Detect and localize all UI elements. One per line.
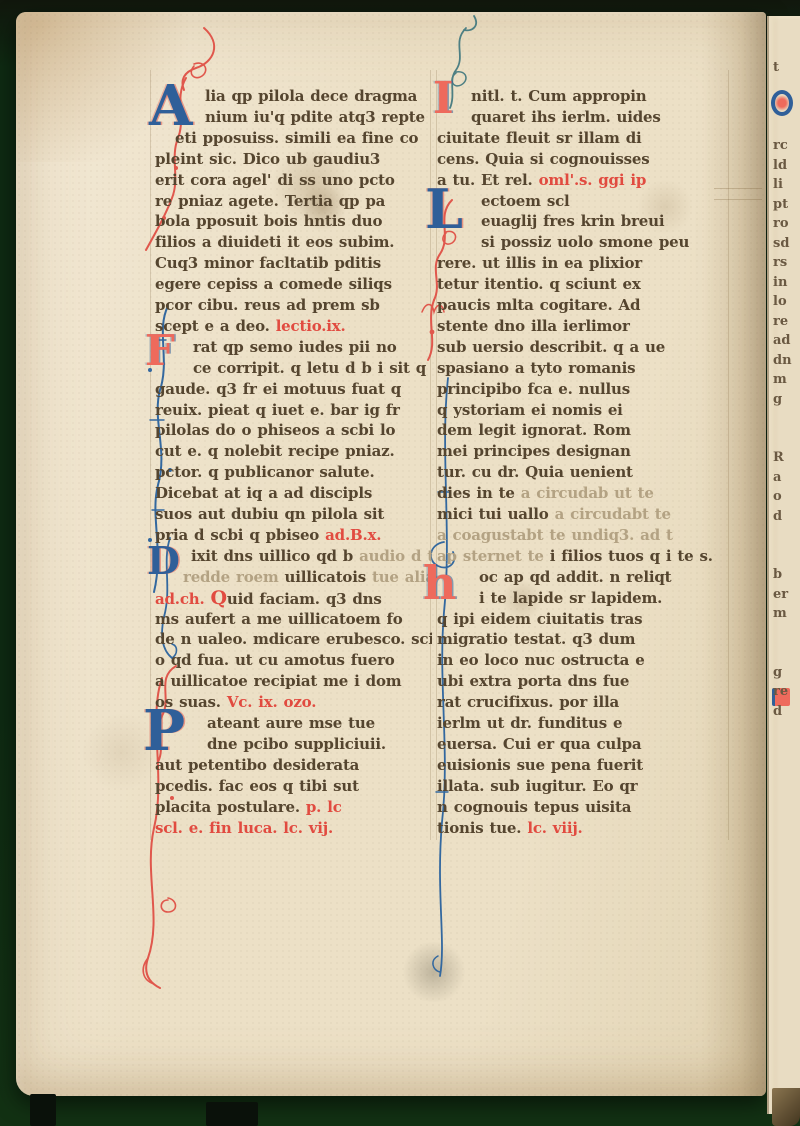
next-folio-text-fragment: ad bbox=[773, 333, 800, 353]
next-folio-text-fragment: g bbox=[773, 665, 800, 685]
text-segment: a circudab ut te bbox=[521, 484, 654, 502]
text-line: rere. ut illis in ea plixior bbox=[437, 253, 728, 274]
text-line: gaude. q3 fr ei motuus fuat q bbox=[155, 379, 432, 400]
page-corner-curl bbox=[772, 1088, 800, 1126]
text-segment: ubi extra porta dns fue bbox=[437, 672, 629, 690]
text-line: pcor cibu. reus ad prem sb bbox=[155, 295, 432, 316]
text-line: rat qp semo iudes pii no bbox=[155, 337, 432, 358]
drop-cap-h: h bbox=[423, 563, 456, 603]
text-segment: Dicebat at iq a ad discipls bbox=[155, 484, 372, 502]
text-segment: bola pposuit bois hntis duo bbox=[155, 212, 382, 230]
text-segment: oc ap qd addit. n reliqt bbox=[479, 568, 671, 586]
text-segment: mici tui uallo bbox=[437, 505, 555, 523]
text-segment: oml'.s. ggi ip bbox=[539, 171, 647, 189]
text-segment: ad.ch. bbox=[155, 590, 211, 608]
text-line: ubi extra porta dns fue bbox=[437, 671, 728, 692]
text-line: re pniaz agete. Tertia qp pa bbox=[155, 191, 432, 212]
next-folio-text-fragment bbox=[773, 99, 800, 119]
text-segment: o qd fua. ut cu amotus fuero bbox=[155, 651, 395, 669]
text-segment: Cuq3 minor facltatib pditis bbox=[155, 254, 381, 272]
text-segment: in eo loco nuc ostructa e bbox=[437, 651, 645, 669]
next-folio-text-fragment bbox=[773, 645, 800, 665]
text-segment: ectoem scl bbox=[481, 192, 570, 210]
next-folio-text-fragment: sd bbox=[773, 236, 800, 256]
text-line: scept e a deo. lectio.ix. bbox=[155, 316, 432, 337]
text-segment: mei principes designan bbox=[437, 442, 631, 460]
text-segment: Vc. ix. ozo. bbox=[227, 693, 316, 711]
text-segment: suos aut dubiu qn pilola sit bbox=[155, 505, 384, 523]
next-folio-text-fragment: R bbox=[773, 450, 800, 470]
text-segment: sub uersio describit. q a ue bbox=[437, 338, 665, 356]
next-folio-text-fragment bbox=[773, 626, 800, 646]
text-segment: q ipi eidem ciuitatis tras bbox=[437, 610, 642, 628]
next-folio-text-fragment bbox=[773, 119, 800, 139]
next-folio-text-fragment: o bbox=[773, 489, 800, 509]
text-segment: n cognouis tepus uisita bbox=[437, 798, 631, 816]
text-line: q ipi eidem ciuitatis tras bbox=[437, 609, 728, 630]
next-folio-text-fragment bbox=[773, 743, 800, 763]
text-segment: ce corripit. q letu d b i sit q bbox=[193, 359, 426, 377]
text-segment: pcor cibu. reus ad prem sb bbox=[155, 296, 380, 314]
text-segment: euisionis sue pena fuerit bbox=[437, 756, 643, 774]
text-segment: gaude. q3 fr ei motuus fuat q bbox=[155, 380, 401, 398]
text-segment: scl. e. fin luca. lc. vij. bbox=[155, 819, 333, 837]
text-segment: filios a diuideti it eos subim. bbox=[155, 233, 394, 251]
text-line: stente dno illa ierlimor bbox=[437, 316, 728, 337]
next-folio-text-fragment: ro bbox=[773, 216, 800, 236]
text-segment: nitl. t. Cum appropin bbox=[471, 87, 646, 105]
text-line: a tu. Et rel. oml'.s. ggi ip bbox=[437, 170, 728, 191]
text-line: quaret ihs ierlm. uides bbox=[437, 107, 728, 128]
text-line: dies in te a circudab ut te bbox=[437, 483, 728, 504]
text-line: tionis tue. lc. viij. bbox=[437, 818, 728, 839]
binding-tab bbox=[30, 1094, 56, 1126]
text-segment: tionis tue. bbox=[437, 819, 527, 837]
text-segment: cut e. q nolebit recipe pniaz. bbox=[155, 442, 394, 460]
text-line: os suas. Vc. ix. ozo. bbox=[155, 692, 432, 713]
binding-tab bbox=[206, 1102, 258, 1126]
text-segment: stente dno illa ierlimor bbox=[437, 317, 630, 335]
text-segment: ms aufert a me uillicatoem fo bbox=[155, 610, 403, 628]
text-line: cut e. q nolebit recipe pniaz. bbox=[155, 441, 432, 462]
next-folio-text-fragment: g bbox=[773, 392, 800, 412]
next-folio-text-fragment: rc bbox=[773, 138, 800, 158]
text-line: dne pcibo suppliciuii. bbox=[155, 734, 432, 755]
text-segment: p. lc bbox=[306, 798, 342, 816]
text-segment: tetur itentio. q sciunt ex bbox=[437, 275, 641, 293]
text-line: ad.ch. Quid faciam. q3 dns bbox=[155, 588, 432, 609]
next-folio-text-fragment: er bbox=[773, 587, 800, 607]
text-line: filios a diuideti it eos subim. bbox=[155, 232, 432, 253]
text-segment: rere. ut illis in ea plixior bbox=[437, 254, 642, 272]
text-segment: cens. Quia si cognouisses bbox=[437, 150, 649, 168]
next-folio-text-fragment: re bbox=[773, 684, 800, 704]
drop-cap-D: D bbox=[147, 544, 180, 577]
next-folio-text-fragment bbox=[773, 80, 800, 100]
text-segment: ixit dns uillico qd b bbox=[191, 547, 359, 565]
text-segment: rat qp semo iudes pii no bbox=[193, 338, 397, 356]
text-line: tetur itentio. q sciunt ex bbox=[437, 274, 728, 295]
text-line: placita postulare. p. lc bbox=[155, 797, 432, 818]
next-folio-text-fragment: rs bbox=[773, 255, 800, 275]
next-folio-edge: trcldliptrosdrsinloreaddnmgRaodbermgred bbox=[767, 16, 800, 1114]
next-folio-text-fragment bbox=[773, 431, 800, 451]
manuscript-photo: lia qp pilola dece dragmanium iu'q pdite… bbox=[0, 0, 800, 1126]
drop-cap-L: L bbox=[425, 186, 463, 234]
next-folio-text-fragment: ld bbox=[773, 158, 800, 178]
text-segment: pcedis. fac eos q tibi sut bbox=[155, 777, 359, 795]
text-line: oc ap qd addit. n reliqt bbox=[437, 567, 728, 588]
text-line: pcedis. fac eos q tibi sut bbox=[155, 776, 432, 797]
text-segment: euaglij fres krin breui bbox=[481, 212, 664, 230]
text-line: pctor. q publicanor salute. bbox=[155, 462, 432, 483]
text-line: lia qp pilola dece dragma bbox=[155, 86, 432, 107]
next-folio-text-fragment: pt bbox=[773, 197, 800, 217]
text-line: rat crucifixus. por illa bbox=[437, 692, 728, 713]
next-folio-text-fragment bbox=[773, 723, 800, 743]
text-segment: Q bbox=[211, 588, 227, 609]
text-segment: pctor. q publicanor salute. bbox=[155, 463, 374, 481]
text-line: euisionis sue pena fuerit bbox=[437, 755, 728, 776]
text-segment: dies in te bbox=[437, 484, 521, 502]
text-segment: pleint sic. Dico ub gaudiu3 bbox=[155, 150, 380, 168]
text-segment: egere cepiss a comede siliqs bbox=[155, 275, 392, 293]
text-segment: i te lapide sr lapidem. bbox=[479, 589, 662, 607]
text-segment: de n ualeo. mdicare erubesco. sci bbox=[155, 630, 432, 648]
text-line: bola pposuit bois hntis duo bbox=[155, 211, 432, 232]
text-segment: rat crucifixus. por illa bbox=[437, 693, 619, 711]
next-folio-text-fragment: m bbox=[773, 372, 800, 392]
text-segment: pilolas do o phiseos a scbi lo bbox=[155, 421, 395, 439]
next-folio-text-fragment: b bbox=[773, 567, 800, 587]
text-line: tur. cu dr. Quia uenient bbox=[437, 462, 728, 483]
text-segment: nium iu'q pdite atq3 repte bbox=[205, 108, 425, 126]
next-folio-text-fragment: m bbox=[773, 606, 800, 626]
text-segment: tur. cu dr. Quia uenient bbox=[437, 463, 633, 481]
text-line: Dicebat at iq a ad discipls bbox=[155, 483, 432, 504]
text-segment: pria d scbi q pbiseo bbox=[155, 526, 325, 544]
text-line: ierlm ut dr. funditus e bbox=[437, 713, 728, 734]
text-segment: reuix. pieat q iuet e. bar ig fr bbox=[155, 401, 400, 419]
text-column-left: lia qp pilola dece dragmanium iu'q pdite… bbox=[155, 86, 432, 846]
ruling-line bbox=[728, 70, 729, 840]
text-line: migratio testat. q3 dum bbox=[437, 629, 728, 650]
text-line: nium iu'q pdite atq3 repte bbox=[155, 107, 432, 128]
text-segment: principibo fca e. nullus bbox=[437, 380, 630, 398]
text-line: ixit dns uillico qd b audio d te bbox=[155, 546, 432, 567]
text-segment: dne pcibo suppliciuii. bbox=[207, 735, 386, 753]
text-line: eti pposuiss. simili ea fine co bbox=[155, 128, 432, 149]
text-line: o qd fua. ut cu amotus fuero bbox=[155, 650, 432, 671]
text-line: ms aufert a me uillicatoem fo bbox=[155, 609, 432, 630]
text-line: nitl. t. Cum appropin bbox=[437, 86, 728, 107]
text-line: cens. Quia si cognouisses bbox=[437, 149, 728, 170]
text-segment: uillicatois bbox=[285, 568, 372, 586]
text-line: ciuitate fleuit sr illam di bbox=[437, 128, 728, 149]
next-folio-text-fragment: d bbox=[773, 704, 800, 724]
text-segment: a circudabt te bbox=[555, 505, 671, 523]
text-line: suos aut dubiu qn pilola sit bbox=[155, 504, 432, 525]
next-folio-text-fragment: lo bbox=[773, 294, 800, 314]
text-line: egere cepiss a comede siliqs bbox=[155, 274, 432, 295]
next-folio-text-fragment bbox=[773, 411, 800, 431]
text-segment: erit cora agel' di ss uno pcto bbox=[155, 171, 395, 189]
text-line: i te lapide sr lapidem. bbox=[437, 588, 728, 609]
next-folio-text-fragment: dn bbox=[773, 353, 800, 373]
drop-cap-F: F bbox=[145, 333, 175, 370]
text-segment: illata. sub iugitur. Eo qr bbox=[437, 777, 637, 795]
next-folio-text-fragment: re bbox=[773, 314, 800, 334]
text-segment: redde roem bbox=[183, 568, 285, 586]
text-segment: a coagustabt te undiq3. ad t bbox=[437, 526, 673, 544]
text-segment: i filios tuos q i te s. bbox=[550, 547, 713, 565]
text-line: illata. sub iugitur. Eo qr bbox=[437, 776, 728, 797]
text-segment: dem legit ignorat. Rom bbox=[437, 421, 631, 439]
text-line: si possiz uolo smone peu bbox=[437, 232, 728, 253]
text-segment: aut petentibo desiderata bbox=[155, 756, 359, 774]
text-line: reuix. pieat q iuet e. bar ig fr bbox=[155, 400, 432, 421]
text-line: ateant aure mse tue bbox=[155, 713, 432, 734]
text-line: pleint sic. Dico ub gaudiu3 bbox=[155, 149, 432, 170]
text-line: spasiano a tyto romanis bbox=[437, 358, 728, 379]
text-line: scl. e. fin luca. lc. vij. bbox=[155, 818, 432, 839]
text-segment: q ystoriam ei nomis ei bbox=[437, 401, 623, 419]
next-folio-text-fragment bbox=[773, 528, 800, 548]
text-segment: quaret ihs ierlm. uides bbox=[471, 108, 661, 126]
text-segment: paucis mlta cogitare. Ad bbox=[437, 296, 640, 314]
text-segment: ateant aure mse tue bbox=[207, 714, 375, 732]
text-segment: migratio testat. q3 dum bbox=[437, 630, 635, 648]
text-line: a coagustabt te undiq3. ad t bbox=[437, 525, 728, 546]
text-segment: ad.B.x. bbox=[325, 526, 381, 544]
next-folio-text-fragment: in bbox=[773, 275, 800, 295]
text-segment: ierlm ut dr. funditus e bbox=[437, 714, 622, 732]
text-line: pilolas do o phiseos a scbi lo bbox=[155, 420, 432, 441]
drop-cap-I: I bbox=[433, 80, 454, 119]
text-line: n cognouis tepus uisita bbox=[437, 797, 728, 818]
text-line: dem legit ignorat. Rom bbox=[437, 420, 728, 441]
text-line: ectoem scl bbox=[437, 191, 728, 212]
text-line: de n ualeo. mdicare erubesco. sci bbox=[155, 629, 432, 650]
text-line: euaglij fres krin breui bbox=[437, 211, 728, 232]
text-segment: placita postulare. bbox=[155, 798, 306, 816]
text-line: Cuq3 minor facltatib pditis bbox=[155, 253, 432, 274]
text-line: ap sternet te i filios tuos q i te s. bbox=[437, 546, 728, 567]
text-segment: lectio.ix. bbox=[276, 317, 346, 335]
text-line: mei principes designan bbox=[437, 441, 728, 462]
next-folio-text-fragment: a bbox=[773, 470, 800, 490]
next-folio-text-fragment: li bbox=[773, 177, 800, 197]
text-line: erit cora agel' di ss uno pcto bbox=[155, 170, 432, 191]
text-segment: lc. viij. bbox=[527, 819, 582, 837]
drop-cap-A: A bbox=[149, 82, 192, 131]
text-line: ce corripit. q letu d b i sit q bbox=[155, 358, 432, 379]
text-column-right: nitl. t. Cum appropinquaret ihs ierlm. u… bbox=[437, 86, 728, 846]
text-line: pria d scbi q pbiseo ad.B.x. bbox=[155, 525, 432, 546]
text-line: q ystoriam ei nomis ei bbox=[437, 400, 728, 421]
text-line: euersa. Cui er qua culpa bbox=[437, 734, 728, 755]
manuscript-page: lia qp pilola dece dragmanium iu'q pdite… bbox=[16, 12, 766, 1096]
text-segment: si possiz uolo smone peu bbox=[481, 233, 689, 251]
text-segment: lia qp pilola dece dragma bbox=[205, 87, 417, 105]
text-line: paucis mlta cogitare. Ad bbox=[437, 295, 728, 316]
text-line: a uillicatoe recipiat me i dom bbox=[155, 671, 432, 692]
drop-cap-P: P bbox=[143, 707, 185, 756]
text-line: aut petentibo desiderata bbox=[155, 755, 432, 776]
text-line: mici tui uallo a circudabt te bbox=[437, 504, 728, 525]
text-segment: audio d te bbox=[359, 547, 432, 565]
text-line: in eo loco nuc ostructa e bbox=[437, 650, 728, 671]
text-segment: eti pposuiss. simili ea fine co bbox=[175, 129, 418, 147]
next-folio-text-fragment: d bbox=[773, 509, 800, 529]
text-segment: spasiano a tyto romanis bbox=[437, 359, 635, 377]
text-segment: euersa. Cui er qua culpa bbox=[437, 735, 641, 753]
text-segment: a uillicatoe recipiat me i dom bbox=[155, 672, 401, 690]
text-segment: re pniaz agete. Tertia qp pa bbox=[155, 192, 385, 210]
text-line: principibo fca e. nullus bbox=[437, 379, 728, 400]
next-folio-text-fragment bbox=[773, 548, 800, 568]
text-segment: ciuitate fleuit sr illam di bbox=[437, 129, 642, 147]
text-line: sub uersio describit. q a ue bbox=[437, 337, 728, 358]
text-segment: uid faciam. q3 dns bbox=[227, 590, 382, 608]
text-line: redde roem uillicatois tue alia. bbox=[155, 567, 432, 588]
next-folio-text-fragment: t bbox=[773, 60, 800, 80]
